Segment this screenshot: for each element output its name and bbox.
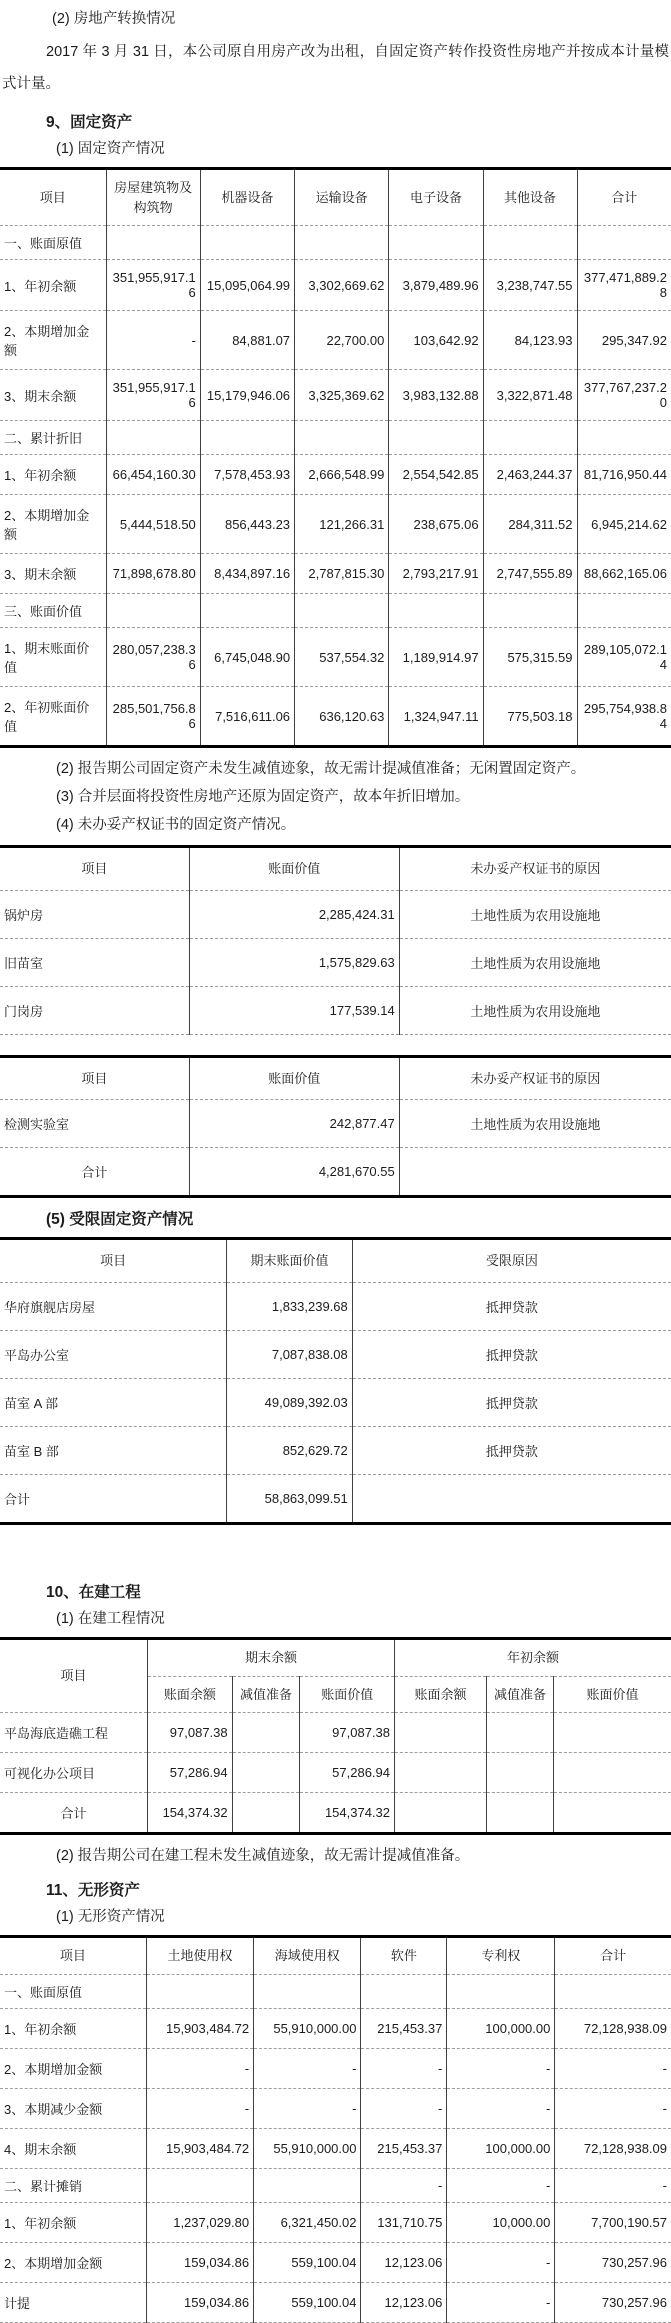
table-row: 平岛海底造礁工程97,087.3897,087.38 [0, 1713, 671, 1753]
value-cell: 72,128,938.09 [555, 2128, 671, 2168]
value-cell: - [447, 2168, 555, 2202]
value-cell [486, 1793, 553, 1834]
row-label-cell: 二、累计折旧 [0, 421, 106, 455]
table-row: 三、账面价值 [0, 594, 671, 628]
value-cell: 775,503.18 [483, 687, 577, 747]
table-row: 1、年初余额1,237,029.806,321,450.02131,710.75… [0, 2202, 671, 2242]
table-row: 1、年初余额66,454,160.307,578,453.932,666,548… [0, 455, 671, 495]
value-cell: 242,877.47 [189, 1100, 399, 1148]
value-cell: 284,311.52 [483, 495, 577, 554]
table-row: 苗室 A 部49,089,392.03抵押贷款 [0, 1378, 671, 1426]
value-cell [577, 421, 671, 455]
column-header: 房屋建筑物及构筑物 [106, 169, 200, 226]
value-cell: 285,501,756.86 [106, 687, 200, 747]
header-row: 项目账面价值未办妥产权证书的原因 [0, 1056, 671, 1100]
value-cell: 730,257.96 [555, 2282, 671, 2322]
no-certificate-assets-table-part1: 项目账面价值未办妥产权证书的原因锅炉房2,285,424.31土地性质为农用设施… [0, 845, 671, 1035]
item-name-cell: 苗室 A 部 [0, 1378, 227, 1426]
reason-cell: 抵押贷款 [352, 1330, 671, 1378]
value-cell: - [447, 2282, 555, 2322]
row-label-cell: 2、本期增加金额 [0, 311, 106, 370]
value-cell: 3,302,669.62 [295, 260, 389, 311]
value-cell: 6,321,450.02 [254, 2202, 361, 2242]
row-label-cell: 合计 [0, 1793, 148, 1834]
value-cell: 1,237,029.80 [146, 2202, 253, 2242]
value-cell: 100,000.00 [447, 2128, 555, 2168]
value-cell: 377,471,889.28 [577, 260, 671, 311]
value-cell: 852,629.72 [227, 1426, 352, 1474]
value-cell: 159,034.86 [146, 2282, 253, 2322]
value-cell: 2,666,548.99 [295, 455, 389, 495]
value-cell: 88,662,165.06 [577, 554, 671, 594]
value-cell [486, 1713, 553, 1753]
item-name-cell: 旧苗室 [0, 938, 189, 986]
column-header: 账面余额 [148, 1676, 233, 1713]
value-cell: 7,578,453.93 [200, 455, 294, 495]
section-11-1-heading: (1) 无形资产情况 [56, 1906, 671, 1929]
value-cell: 636,120.63 [295, 687, 389, 747]
column-header: 账面价值 [189, 847, 399, 891]
table-row: 3、期末余额351,955,917.1615,179,946.063,325,3… [0, 370, 671, 421]
value-cell: 84,881.07 [200, 311, 294, 370]
reason-cell: 抵押贷款 [352, 1426, 671, 1474]
value-cell: 5,444,518.50 [106, 495, 200, 554]
value-cell: 66,454,160.30 [106, 455, 200, 495]
value-cell: 1,575,829.63 [189, 938, 399, 986]
section-9-heading: 9、固定资产 [46, 111, 671, 134]
column-header: 项目 [0, 1937, 146, 1975]
value-cell: 4,281,670.55 [189, 1148, 399, 1197]
group-header: 年初余额 [395, 1639, 671, 1677]
table-row: 锅炉房2,285,424.31土地性质为农用设施地 [0, 890, 671, 938]
value-cell [200, 226, 294, 260]
table-row: 合计58,863,099.51 [0, 1474, 671, 1523]
column-header: 项目 [0, 1239, 227, 1283]
value-cell: - [146, 2088, 253, 2128]
value-cell [254, 1974, 361, 2008]
value-cell [447, 1974, 555, 2008]
item-name-cell: 平岛办公室 [0, 1330, 227, 1378]
item-name-cell: 苗室 B 部 [0, 1426, 227, 1474]
reason-cell: 土地性质为农用设施地 [399, 938, 671, 986]
row-label-cell: 3、期末余额 [0, 554, 106, 594]
reason-cell [399, 1148, 671, 1197]
item-name-cell: 合计 [0, 1148, 189, 1197]
row-label-cell: 2、本期增加金额 [0, 2242, 146, 2282]
value-cell: 72,128,938.09 [555, 2008, 671, 2048]
value-cell: - [361, 2168, 447, 2202]
column-header: 项目 [0, 1056, 189, 1100]
restricted-assets-table: 项目期末账面价值受限原因华府旗舰店房屋1,833,239.68抵押贷款平岛办公室… [0, 1237, 671, 1525]
value-cell: 2,747,555.89 [483, 554, 577, 594]
value-cell: 559,100.04 [254, 2282, 361, 2322]
column-header: 项目 [0, 1639, 148, 1713]
value-cell [395, 1753, 487, 1793]
value-cell [232, 1753, 300, 1793]
row-label-cell: 1、年初余额 [0, 2202, 146, 2242]
value-cell [295, 594, 389, 628]
row-label-cell: 2、本期增加金额 [0, 495, 106, 554]
table-row: 1、年初余额15,903,484.7255,910,000.00215,453.… [0, 2008, 671, 2048]
row-label-cell: 1、年初余额 [0, 260, 106, 311]
value-cell: 22,700.00 [295, 311, 389, 370]
value-cell: 730,257.96 [555, 2242, 671, 2282]
value-cell [295, 421, 389, 455]
value-cell: 121,266.31 [295, 495, 389, 554]
table-row: 可视化办公项目57,286.9457,286.94 [0, 1753, 671, 1793]
column-header: 账面余额 [395, 1676, 487, 1713]
value-cell: 351,955,917.16 [106, 370, 200, 421]
table-row: 门岗房177,539.14土地性质为农用设施地 [0, 986, 671, 1034]
value-cell [555, 1974, 671, 2008]
value-cell: 3,238,747.55 [483, 260, 577, 311]
value-cell: 57,286.94 [148, 1753, 233, 1793]
value-cell: 1,189,914.97 [389, 628, 483, 687]
value-cell: 57,286.94 [300, 1753, 395, 1793]
value-cell [483, 421, 577, 455]
value-cell: 2,787,815.30 [295, 554, 389, 594]
value-cell: 49,089,392.03 [227, 1378, 352, 1426]
value-cell: 71,898,678.80 [106, 554, 200, 594]
value-cell [395, 1713, 487, 1753]
reason-cell: 土地性质为农用设施地 [399, 890, 671, 938]
construction-in-progress-table: 项目期末余额年初余额账面余额减值准备账面价值账面余额减值准备账面价值平岛海底造礁… [0, 1637, 671, 1835]
note-4: (4) 未办妥产权证书的固定资产情况。 [56, 812, 671, 840]
value-cell: 7,087,838.08 [227, 1330, 352, 1378]
table-row: 二、累计摊销--- [0, 2168, 671, 2202]
value-cell [361, 1974, 447, 2008]
value-cell [106, 594, 200, 628]
value-cell: 15,095,064.99 [200, 260, 294, 311]
value-cell: 295,347.92 [577, 311, 671, 370]
item-name-cell: 合计 [0, 1474, 227, 1523]
row-label-cell: 2、年初账面价值 [0, 687, 106, 747]
column-header: 期末账面价值 [227, 1239, 352, 1283]
value-cell: 15,179,946.06 [200, 370, 294, 421]
page-break-gap [0, 1035, 671, 1055]
fixed-assets-table: 项目房屋建筑物及构筑物机器设备运输设备电子设备其他设备合计一、账面原值1、年初余… [0, 167, 671, 748]
value-cell: - [555, 2168, 671, 2202]
value-cell: 84,123.93 [483, 311, 577, 370]
value-cell [106, 226, 200, 260]
row-label-cell: 1、年初余额 [0, 2008, 146, 2048]
value-cell: 238,675.06 [389, 495, 483, 554]
section-11-heading: 11、无形资产 [46, 1879, 671, 1902]
column-header: 机器设备 [200, 169, 294, 226]
value-cell [389, 226, 483, 260]
group-header-row: 项目期末余额年初余额 [0, 1639, 671, 1677]
value-cell: 559,100.04 [254, 2242, 361, 2282]
row-label-cell: 一、账面原值 [0, 226, 106, 260]
value-cell: 177,539.14 [189, 986, 399, 1034]
value-cell: 159,034.86 [146, 2242, 253, 2282]
value-cell: 6,945,214.62 [577, 495, 671, 554]
item-name-cell: 锅炉房 [0, 890, 189, 938]
value-cell: 81,716,950.44 [577, 455, 671, 495]
value-cell: - [146, 2048, 253, 2088]
value-cell [483, 226, 577, 260]
reason-cell: 抵押贷款 [352, 1282, 671, 1330]
note-3: (3) 合并层面将投资性房地产还原为固定资产，故本年折旧增加。 [56, 784, 671, 812]
value-cell: 1,833,239.68 [227, 1282, 352, 1330]
value-cell: 100,000.00 [447, 2008, 555, 2048]
value-cell [486, 1753, 553, 1793]
column-header: 专利权 [447, 1937, 555, 1975]
value-cell: 280,057,238.36 [106, 628, 200, 687]
value-cell: - [361, 2088, 447, 2128]
value-cell: 3,879,489.96 [389, 260, 483, 311]
section-9-5-heading: (5) 受限固定资产情况 [46, 1208, 671, 1231]
value-cell: 154,374.32 [148, 1793, 233, 1834]
row-label-cell: 一、账面原值 [0, 1974, 146, 2008]
value-cell: 215,453.37 [361, 2008, 447, 2048]
value-cell: - [361, 2048, 447, 2088]
property-conversion-paragraph: 2017 年 3 月 31 日，本公司原自用房产改为出租，自固定资产转作投资性房… [0, 37, 671, 101]
column-header: 电子设备 [389, 169, 483, 226]
value-cell [232, 1793, 300, 1834]
value-cell: - [254, 2048, 361, 2088]
value-cell: - [447, 2242, 555, 2282]
value-cell [254, 2168, 361, 2202]
table-row: 华府旗舰店房屋1,833,239.68抵押贷款 [0, 1282, 671, 1330]
column-header: 减值准备 [232, 1676, 300, 1713]
column-header: 项目 [0, 169, 106, 226]
value-cell: 1,324,947.11 [389, 687, 483, 747]
value-cell: 575,315.59 [483, 628, 577, 687]
value-cell: 10,000.00 [447, 2202, 555, 2242]
table-row: 合计4,281,670.55 [0, 1148, 671, 1197]
header-row: 项目土地使用权海域使用权软件专利权合计 [0, 1937, 671, 1975]
table-row: 3、期末余额71,898,678.808,434,897.162,787,815… [0, 554, 671, 594]
value-cell: 7,516,611.06 [200, 687, 294, 747]
value-cell: 289,105,072.14 [577, 628, 671, 687]
row-label-cell: 1、年初余额 [0, 455, 106, 495]
section-9-1-heading: (1) 固定资产情况 [56, 138, 671, 161]
table-row: 2、本期增加金额5,444,518.50856,443.23121,266.31… [0, 495, 671, 554]
value-cell: 7,700,190.57 [555, 2202, 671, 2242]
row-label-cell: 2、本期增加金额 [0, 2048, 146, 2088]
reason-cell: 土地性质为农用设施地 [399, 986, 671, 1034]
value-cell [395, 1793, 487, 1834]
table-row: 2、本期增加金额----- [0, 2048, 671, 2088]
value-cell [554, 1713, 671, 1753]
value-cell: 15,903,484.72 [146, 2008, 253, 2048]
table-row: 一、账面原值 [0, 1974, 671, 2008]
value-cell: 12,123.06 [361, 2242, 447, 2282]
header-row: 项目账面价值未办妥产权证书的原因 [0, 847, 671, 891]
value-cell: - [106, 311, 200, 370]
value-cell: 537,554.32 [295, 628, 389, 687]
column-header: 受限原因 [352, 1239, 671, 1283]
cip-note: (2) 报告期公司在建工程未发生减值迹象，故无需计提减值准备。 [56, 1843, 671, 1871]
value-cell: 856,443.23 [200, 495, 294, 554]
row-label-cell: 平岛海底造礁工程 [0, 1713, 148, 1753]
value-cell [295, 226, 389, 260]
value-cell [106, 421, 200, 455]
value-cell: 55,910,000.00 [254, 2008, 361, 2048]
value-cell: 8,434,897.16 [200, 554, 294, 594]
note-2: (2) 报告期公司固定资产未发生减值迹象，故无需计提减值准备；无闲置固定资产。 [56, 756, 671, 784]
table-row: 合计154,374.32154,374.32 [0, 1793, 671, 1834]
value-cell [200, 594, 294, 628]
table-row: 1、期末账面价值280,057,238.366,745,048.90537,55… [0, 628, 671, 687]
value-cell: - [555, 2048, 671, 2088]
value-cell [389, 594, 483, 628]
value-cell: 15,903,484.72 [146, 2128, 253, 2168]
table-row: 2、本期增加金额159,034.86559,100.0412,123.06-73… [0, 2242, 671, 2282]
report-page: (2) 房地产转换情况 2017 年 3 月 31 日，本公司原自用房产改为出租… [0, 0, 671, 2323]
property-conversion-heading: (2) 房地产转换情况 [52, 8, 671, 31]
value-cell [389, 421, 483, 455]
item-name-cell: 华府旗舰店房屋 [0, 1282, 227, 1330]
column-header: 软件 [361, 1937, 447, 1975]
value-cell: 154,374.32 [300, 1793, 395, 1834]
value-cell: - [447, 2088, 555, 2128]
value-cell: 215,453.37 [361, 2128, 447, 2168]
value-cell: 12,123.06 [361, 2282, 447, 2322]
table-row: 2、本期增加金额-84,881.0722,700.00103,642.9284,… [0, 311, 671, 370]
value-cell: 97,087.38 [148, 1713, 233, 1753]
value-cell: 2,793,217.91 [389, 554, 483, 594]
table-row: 检测实验室242,877.47土地性质为农用设施地 [0, 1100, 671, 1148]
value-cell: 377,767,237.20 [577, 370, 671, 421]
row-label-cell: 1、期末账面价值 [0, 628, 106, 687]
value-cell: - [447, 2048, 555, 2088]
value-cell: 2,554,542.85 [389, 455, 483, 495]
row-label-cell: 计提 [0, 2282, 146, 2322]
value-cell [483, 594, 577, 628]
row-label-cell: 3、期末余额 [0, 370, 106, 421]
column-header: 未办妥产权证书的原因 [399, 847, 671, 891]
value-cell [200, 421, 294, 455]
column-header: 账面价值 [554, 1676, 671, 1713]
column-header: 土地使用权 [146, 1937, 253, 1975]
value-cell: 103,642.92 [389, 311, 483, 370]
reason-cell: 土地性质为农用设施地 [399, 1100, 671, 1148]
group-header: 期末余额 [148, 1639, 395, 1677]
value-cell: 295,754,938.84 [577, 687, 671, 747]
no-certificate-assets-table-part2: 项目账面价值未办妥产权证书的原因检测实验室242,877.47土地性质为农用设施… [0, 1055, 671, 1199]
column-header: 减值准备 [486, 1676, 553, 1713]
column-header: 账面价值 [189, 1056, 399, 1100]
table-row: 3、本期减少金额----- [0, 2088, 671, 2128]
section-gap [0, 1525, 671, 1581]
row-label-cell: 三、账面价值 [0, 594, 106, 628]
table-row: 1、年初余额351,955,917.1615,095,064.993,302,6… [0, 260, 671, 311]
header-row: 项目期末账面价值受限原因 [0, 1239, 671, 1283]
column-header: 其他设备 [483, 169, 577, 226]
value-cell: 2,285,424.31 [189, 890, 399, 938]
table-row: 2、年初账面价值285,501,756.867,516,611.06636,12… [0, 687, 671, 747]
reason-cell [352, 1474, 671, 1523]
value-cell: 3,325,369.62 [295, 370, 389, 421]
section-10-heading: 10、在建工程 [46, 1581, 671, 1604]
value-cell [554, 1753, 671, 1793]
table-row: 4、期末余额15,903,484.7255,910,000.00215,453.… [0, 2128, 671, 2168]
row-label-cell: 可视化办公项目 [0, 1753, 148, 1793]
column-header: 海域使用权 [254, 1937, 361, 1975]
column-header: 项目 [0, 847, 189, 891]
value-cell: 58,863,099.51 [227, 1474, 352, 1523]
table-row: 平岛办公室7,087,838.08抵押贷款 [0, 1330, 671, 1378]
table-row: 二、累计折旧 [0, 421, 671, 455]
row-label-cell: 3、本期减少金额 [0, 2088, 146, 2128]
value-cell: - [254, 2088, 361, 2128]
value-cell: 3,983,132.88 [389, 370, 483, 421]
value-cell: 97,087.38 [300, 1713, 395, 1753]
value-cell: 2,463,244.37 [483, 455, 577, 495]
row-label-cell: 二、累计摊销 [0, 2168, 146, 2202]
item-name-cell: 检测实验室 [0, 1100, 189, 1148]
value-cell [554, 1793, 671, 1834]
value-cell [146, 1974, 253, 2008]
table-row: 计提159,034.86559,100.0412,123.06-730,257.… [0, 2282, 671, 2322]
value-cell: - [555, 2088, 671, 2128]
table-row: 旧苗室1,575,829.63土地性质为农用设施地 [0, 938, 671, 986]
column-header: 合计 [555, 1937, 671, 1975]
table-row: 一、账面原值 [0, 226, 671, 260]
header-row: 项目房屋建筑物及构筑物机器设备运输设备电子设备其他设备合计 [0, 169, 671, 226]
item-name-cell: 门岗房 [0, 986, 189, 1034]
section-10-1-heading: (1) 在建工程情况 [56, 1608, 671, 1631]
value-cell [577, 594, 671, 628]
value-cell: 6,745,048.90 [200, 628, 294, 687]
column-header: 账面价值 [300, 1676, 395, 1713]
row-label-cell: 4、期末余额 [0, 2128, 146, 2168]
column-header: 未办妥产权证书的原因 [399, 1056, 671, 1100]
value-cell: 351,955,917.16 [106, 260, 200, 311]
value-cell: 55,910,000.00 [254, 2128, 361, 2168]
value-cell [232, 1713, 300, 1753]
column-header: 合计 [577, 169, 671, 226]
reason-cell: 抵押贷款 [352, 1378, 671, 1426]
value-cell [577, 226, 671, 260]
table-row: 苗室 B 部852,629.72抵押贷款 [0, 1426, 671, 1474]
column-header: 运输设备 [295, 169, 389, 226]
value-cell [146, 2168, 253, 2202]
value-cell: 131,710.75 [361, 2202, 447, 2242]
intangible-assets-table: 项目土地使用权海域使用权软件专利权合计一、账面原值1、年初余额15,903,48… [0, 1935, 671, 2323]
value-cell: 3,322,871.48 [483, 370, 577, 421]
